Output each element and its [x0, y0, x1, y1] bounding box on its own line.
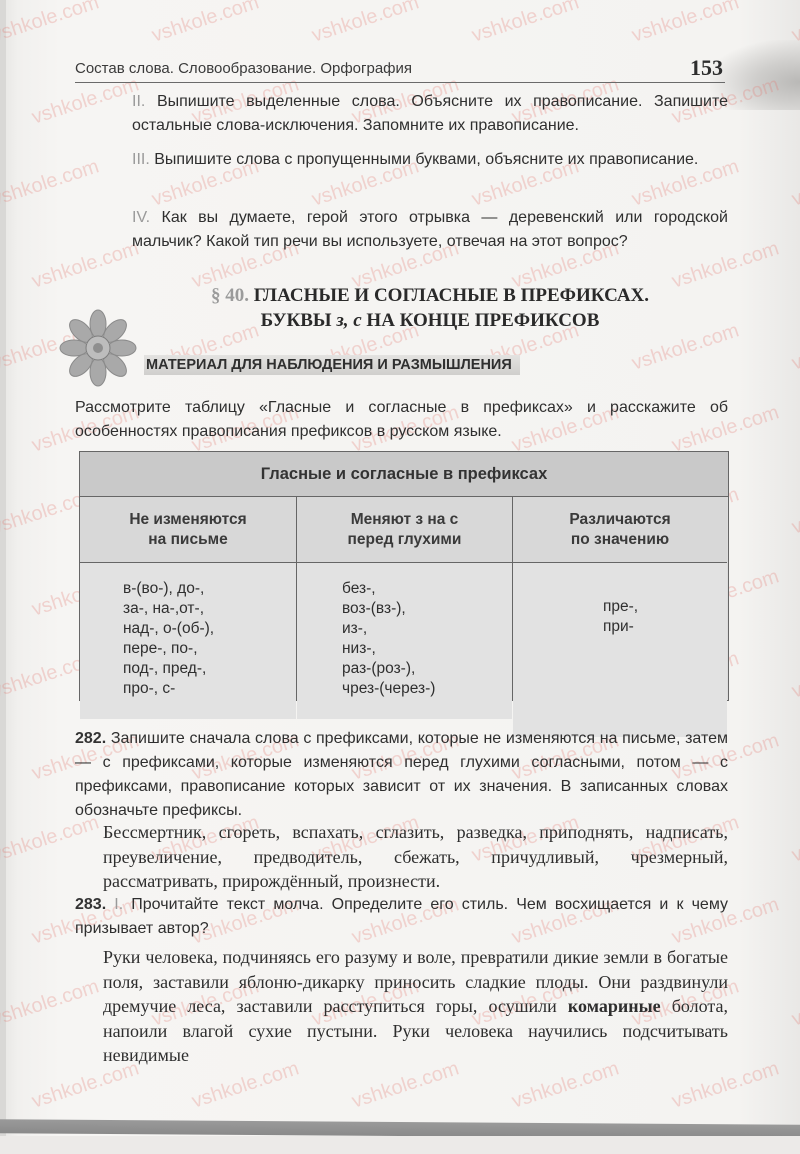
prefix-item: воз-(вз-), — [342, 599, 512, 619]
header-line: Не изменяются — [129, 510, 246, 530]
section-title-line2-post: НА КОНЦЕ ПРЕФИКСОВ — [362, 310, 600, 331]
prefix-item: без-, — [342, 579, 512, 599]
task-text: Выпишите слова с пропущенными буквами, о… — [154, 151, 698, 168]
task-text: Как вы думаете, герой этого отрывка — де… — [132, 209, 728, 250]
prefix-item: пре-, — [603, 597, 727, 617]
column-header: Меняют з на сперед глухими — [297, 497, 512, 563]
task-ii: II. Выпишите выделенные слова. Объясните… — [75, 90, 728, 138]
observation-label: МАТЕРИАЛ ДЛЯ НАБЛЮДЕНИЯ И РАЗМЫШЛЕНИЯ — [144, 355, 520, 375]
column-items: пре-, при- — [513, 563, 727, 737]
section-title-letters: з, с — [336, 310, 361, 331]
prefix-item: пере-, по-, — [123, 639, 296, 659]
column-header: Не изменяютсяна письме — [80, 497, 296, 563]
section-intro: Рассмотрите таблицу «Гласные и согласные… — [75, 396, 728, 444]
task-iii: III. Выпишите слова с пропущенными буква… — [75, 148, 728, 172]
table-column-unchanged: Не изменяютсяна письме в-(во-), до-, за-… — [80, 497, 297, 700]
prefix-item: из-, — [342, 619, 512, 639]
exercise-282-task: 282. Запишите сначала слова с префиксами… — [75, 727, 728, 823]
prefix-item: низ-, — [342, 639, 512, 659]
header-line: Различаются — [569, 510, 670, 530]
table-column-by-meaning: Различаютсяпо значению пре-, при- — [513, 497, 727, 700]
page-bottom-strip — [0, 1136, 800, 1154]
section-number: § 40. — [211, 285, 249, 306]
task-roman: II. — [132, 93, 145, 110]
header-line: по значению — [569, 530, 670, 550]
prefix-item: за-, на-,от-, — [123, 599, 296, 619]
task-text: Выпишите выделенные слова. Объясните их … — [132, 93, 728, 134]
header-line: перед глухими — [348, 530, 462, 550]
prefix-item: раз-(роз-), — [342, 659, 512, 679]
column-items: без-, воз-(вз-), из-, низ-, раз-(роз-), … — [297, 563, 512, 719]
chapter-title: Состав слова. Словообразование. Орфограф… — [75, 60, 412, 77]
prefix-item: над-, о-(об-), — [123, 619, 296, 639]
flower-icon — [58, 308, 138, 388]
exercise-number: 283. — [75, 896, 106, 913]
exercise-283-text: Руки человека, подчиняясь его разуму и в… — [75, 945, 728, 1068]
highlighted-word: комариные — [568, 996, 661, 1016]
task-roman: III. — [132, 151, 150, 168]
prefix-item: при- — [603, 617, 727, 637]
prefix-item: под-, пред-, — [123, 659, 296, 679]
page-number: 153 — [690, 55, 723, 81]
exercise-283-task: 283. I. Прочитайте текст молча. Определи… — [75, 893, 728, 941]
prefix-item: чрез-(через-) — [342, 679, 512, 699]
page-binding-edge — [0, 0, 6, 1154]
header-line: Меняют з на с — [348, 510, 462, 530]
prefix-item: про-, с- — [123, 679, 296, 699]
exercise-task: Прочитайте текст молча. Определите его с… — [75, 896, 728, 937]
prefix-item: в-(во-), до-, — [123, 579, 296, 599]
task-roman: IV. — [132, 209, 150, 226]
section-title-line1: ГЛАСНЫЕ И СОГЛАСНЫЕ В ПРЕФИКСАХ. — [254, 285, 649, 306]
header-line: на письме — [129, 530, 246, 550]
exercise-task: Запишите сначала слова с префиксами, кот… — [75, 730, 728, 819]
running-head: Состав слова. Словообразование. Орфограф… — [75, 58, 725, 83]
column-header: Различаютсяпо значению — [513, 497, 727, 563]
table-caption: Гласные и согласные в префиксах — [80, 452, 728, 497]
prefix-table: Гласные и согласные в префиксах Не измен… — [79, 451, 729, 701]
task-roman: I. — [114, 896, 123, 913]
section-title-line2-pre: БУКВЫ — [261, 310, 337, 331]
word-list: Бессмертник, сгореть, вспахать, сглазить… — [75, 820, 728, 894]
column-items: в-(во-), до-, за-, на-,от-, над-, о-(об-… — [80, 563, 296, 719]
section-title: § 40. ГЛАСНЫЕ И СОГЛАСНЫЕ В ПРЕФИКСАХ. Б… — [150, 283, 710, 333]
exercise-number: 282. — [75, 730, 106, 747]
table-column-z-to-s: Меняют з на сперед глухими без-, воз-(вз… — [297, 497, 513, 700]
exercise-282-words: Бессмертник, сгореть, вспахать, сглазить… — [75, 820, 728, 894]
task-iv: IV. Как вы думаете, герой этого отрывка … — [75, 206, 728, 254]
